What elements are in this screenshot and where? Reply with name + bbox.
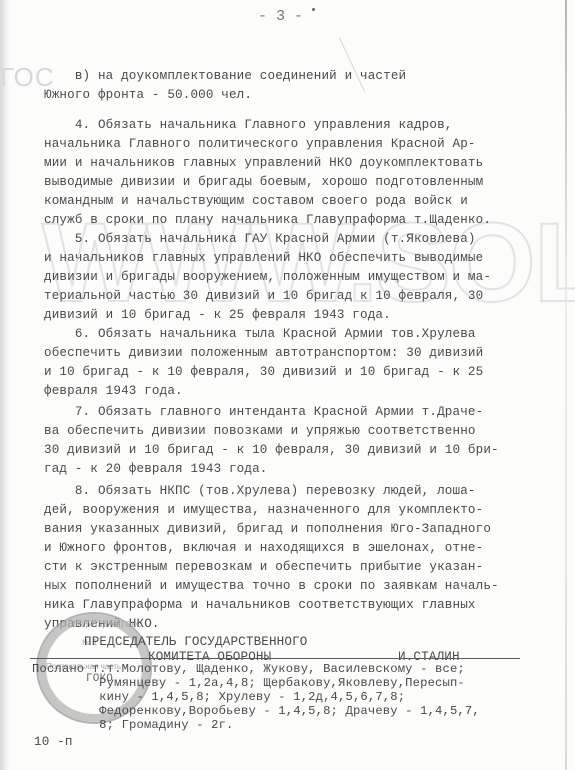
document-page: ГОС WWW.SOLDAT.ru - 3 - в) на доукомплек… bbox=[0, 0, 575, 770]
body-line: сти к экстренным перевозкам и обеспечить… bbox=[44, 559, 483, 576]
body-line: 7. Обязать главного интенданта Красной А… bbox=[44, 404, 483, 421]
body-line: гад - к 20 февраля 1943 года. bbox=[44, 461, 268, 478]
distribution-line: 8; Громадину - 2г. bbox=[32, 718, 234, 732]
body-line: в) на доукомплектование соединений и час… bbox=[44, 68, 406, 85]
body-line: и начальников главных управлений НКО обе… bbox=[44, 250, 483, 267]
body-line: териальной частью 30 дивизий и 10 бригад… bbox=[44, 288, 483, 305]
body-line: Южного фронта - 50.000 чел. bbox=[44, 87, 252, 104]
scan-right-edge bbox=[565, 0, 567, 770]
body-line: обеспечить дивизии положенным автотрансп… bbox=[44, 345, 483, 362]
body-line: 4. Обязать начальника Главного управлени… bbox=[44, 117, 453, 134]
body-line: ника Главупраформа и начальников соответ… bbox=[44, 597, 476, 614]
stamp-outer-text: Секретариат ГОКО bbox=[72, 620, 142, 629]
body-line: и Южного фронтов, включая и находящихся … bbox=[44, 540, 483, 557]
signature-rule bbox=[30, 658, 520, 659]
body-line: 5. Обязать начальника ГАУ Красной Армии … bbox=[44, 231, 476, 248]
body-line: командным и начальствующим составом свое… bbox=[44, 193, 468, 210]
body-line: дивизий и 10 бригад - к 25 февраля 1943 … bbox=[44, 307, 391, 324]
body-line: выводимые дивизии и бригады боевым, хоро… bbox=[44, 174, 483, 191]
body-line: дей, вооружения и имущества, назначенног… bbox=[44, 502, 483, 519]
body-line: ва обеспечить дивизии повозками и упряжь… bbox=[44, 423, 476, 440]
distribution-overlay-note: ГОКО bbox=[86, 671, 113, 688]
body-line: и 10 бригад - к 10 февраля, 30 дивизий и… bbox=[44, 364, 483, 381]
body-line: мии и начальников главных управлений НКО… bbox=[44, 155, 483, 172]
page-number: - 3 - bbox=[258, 8, 303, 25]
body-line: вания указанных дивизий, бригад и пополн… bbox=[44, 521, 491, 538]
body-line: 8. Обязать НКПС (тов.Хрулева) перевозку … bbox=[44, 483, 476, 500]
body-line: начальника Главного политического управл… bbox=[44, 136, 476, 153]
body-line: 30 дивизий и 10 бригад - к 10 февраля, 3… bbox=[44, 442, 499, 459]
distribution-line: кину - 1,4,5,8; Хрулеву - 1,2д,4,5,6,7,8… bbox=[32, 690, 405, 704]
body-line: ных пополнений и имущества точно в сроки… bbox=[44, 578, 499, 595]
body-line: февраля 1943 года. bbox=[44, 383, 183, 400]
copy-mark: 10 -п bbox=[34, 734, 73, 751]
body-line: 6. Обязать начальника тыла Красной Армии… bbox=[44, 326, 476, 343]
body-line: служб в сроки по плану начальника Главуп… bbox=[44, 212, 491, 229]
body-line: дивизии и бригады вооружением, положенны… bbox=[44, 269, 491, 286]
speck bbox=[312, 8, 315, 11]
distribution-line: Федоренкову,Воробьеву - 1,4,5,8; Драчеву… bbox=[32, 704, 480, 718]
scan-left-edge bbox=[0, 0, 10, 770]
